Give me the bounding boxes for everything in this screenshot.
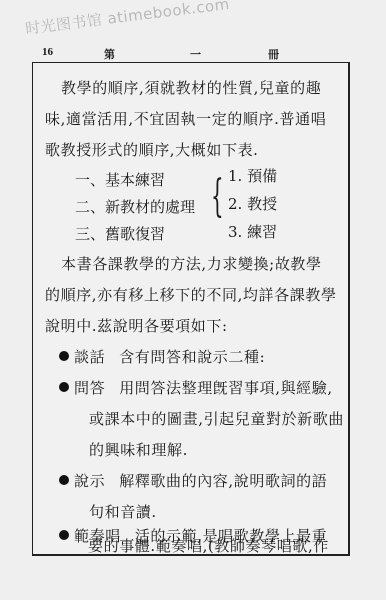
running-head-part: 第 [104,46,115,62]
order-step: 三、舊歌復習 [75,223,165,244]
list-item: 說示解釋歌曲的內容,說明歌詞的語 [59,470,327,491]
item-text: 解釋歌曲的內容,說明歌詞的語 [119,472,327,490]
list-item: 談話含有問答和說示二種: [59,346,265,367]
item-text: 的興味和理解. [89,439,188,460]
item-text: 或課本中的圖畫,引起兒童對於新歌曲 [89,408,344,429]
item-text: 用問答法整理旣習事項,與經驗, [119,379,333,397]
running-head-part: 冊 [268,46,279,62]
item-text: 句和音讀. [89,501,157,522]
running-head-part: 一 [190,46,201,62]
item-term: 問答 [74,379,105,397]
item-text: 含有問答和說示二種: [119,348,265,366]
item-text: 要的事體.範奏唱,(教師奏琴唱歌,作 [88,535,329,556]
intro-line: 教學的順序,須就教材的性質,兒童的趣 [61,77,321,98]
order-step: 二、新教材的處理 [75,196,195,217]
bullet-icon [59,351,69,361]
running-head: 16 第 一 冊 [0,46,386,62]
sub-step: 3. 練習 [228,221,277,242]
watermark: 时光图书馆 atimebook.com [24,0,231,39]
intro-line: 味,適當活用,不宜固執一定的順序.普通唱 [45,108,326,129]
paragraph-line: 說明中.茲說明各要項如下: [45,315,228,336]
text-frame: 教學的順序,須就教材的性質,兒童的趣 味,適當活用,不宜固執一定的順序.普通唱 … [32,62,350,556]
item-term: 談話 [74,348,105,366]
item-term: 說示 [74,472,105,490]
page-number: 16 [42,46,53,58]
order-step: 一、基本練習 [75,169,165,190]
list-item: 問答用問答法整理旣習事項,與經驗, [59,377,333,398]
sub-step: 2. 教授 [228,193,277,214]
paragraph-line: 本書各課教學的方法,力求變換;故教學 [61,253,322,274]
bullet-icon [59,530,69,540]
sub-step: 1. 預備 [228,165,277,186]
intro-line: 歌教授形式的順序,大概如下表. [45,139,259,160]
bullet-icon [59,475,69,485]
paragraph-line: 的順序,亦有移上移下的不同,均詳各課教學 [45,284,337,305]
brace-symbol: { [211,175,224,219]
bullet-icon [59,382,69,392]
